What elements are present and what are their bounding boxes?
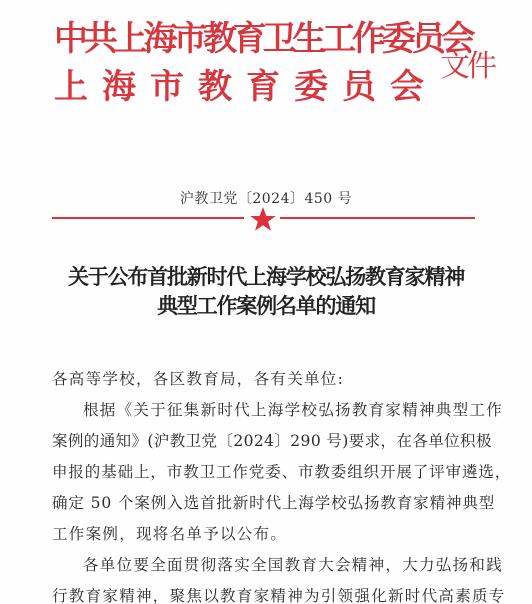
red-separator-right xyxy=(280,217,475,219)
org-char: 市 xyxy=(150,66,184,108)
title-line-2: 典型工作案例名单的通知 xyxy=(0,291,532,320)
text-line: 行教育家精神，聚焦以教育家精神为引领强化新时代高素质专 xyxy=(52,581,492,604)
salutation: 各高等学校，各区教育局，各有关单位: xyxy=(52,364,492,395)
document-page: 中共上海市教育卫生工作委员会 上 海 市 教 育 委 员 会 文件 沪教卫党〔2… xyxy=(0,0,532,604)
org-char: 委 xyxy=(294,66,328,108)
issuing-org-line1: 中共上海市教育卫生工作委员会 xyxy=(54,18,422,60)
document-body: 各高等学校，各区教育局，各有关单位: 根据《关于征集新时代上海学校弘扬教育家精神… xyxy=(52,364,492,604)
red-separator-left xyxy=(52,217,244,219)
org-char: 员 xyxy=(342,66,376,108)
org-char: 教 xyxy=(198,66,232,108)
issuing-org-line2: 上 海 市 教 育 委 员 会 xyxy=(54,66,424,108)
paragraph-1: 根据《关于征集新时代上海学校弘扬教育家精神典型工作 案例的通知》(沪教卫党〔20… xyxy=(52,395,492,550)
text-line: 工作案例，现将名单予以公布。 xyxy=(52,519,492,550)
org-char: 育 xyxy=(246,66,280,108)
text-line: 确定 50 个案例入选首批新时代上海学校弘扬教育家精神典型 xyxy=(52,488,492,519)
text-line: 根据《关于征集新时代上海学校弘扬教育家精神典型工作 xyxy=(52,395,492,426)
title-line-1: 关于公布首批新时代上海学校弘扬教育家精神 xyxy=(0,262,532,291)
paragraph-2: 各单位要全面贯彻落实全国教育大会精神，大力弘扬和践 行教育家精神，聚焦以教育家精… xyxy=(52,550,492,604)
document-title: 关于公布首批新时代上海学校弘扬教育家精神 典型工作案例名单的通知 xyxy=(0,262,532,320)
doc-type-label: 文件 xyxy=(440,48,494,86)
text-line: 各单位要全面贯彻落实全国教育大会精神，大力弘扬和践 xyxy=(52,550,492,581)
text-line: 案例的通知》(沪教卫党〔2024〕290 号)要求，在各单位积极 xyxy=(52,426,492,457)
star-icon xyxy=(249,206,277,232)
text-line: 申报的基础上，市教卫工作党委、市教委组织开展了评审遴选， xyxy=(52,457,492,488)
org-char: 海 xyxy=(102,66,136,108)
org-char: 会 xyxy=(390,66,424,108)
org-char: 上 xyxy=(54,66,88,108)
